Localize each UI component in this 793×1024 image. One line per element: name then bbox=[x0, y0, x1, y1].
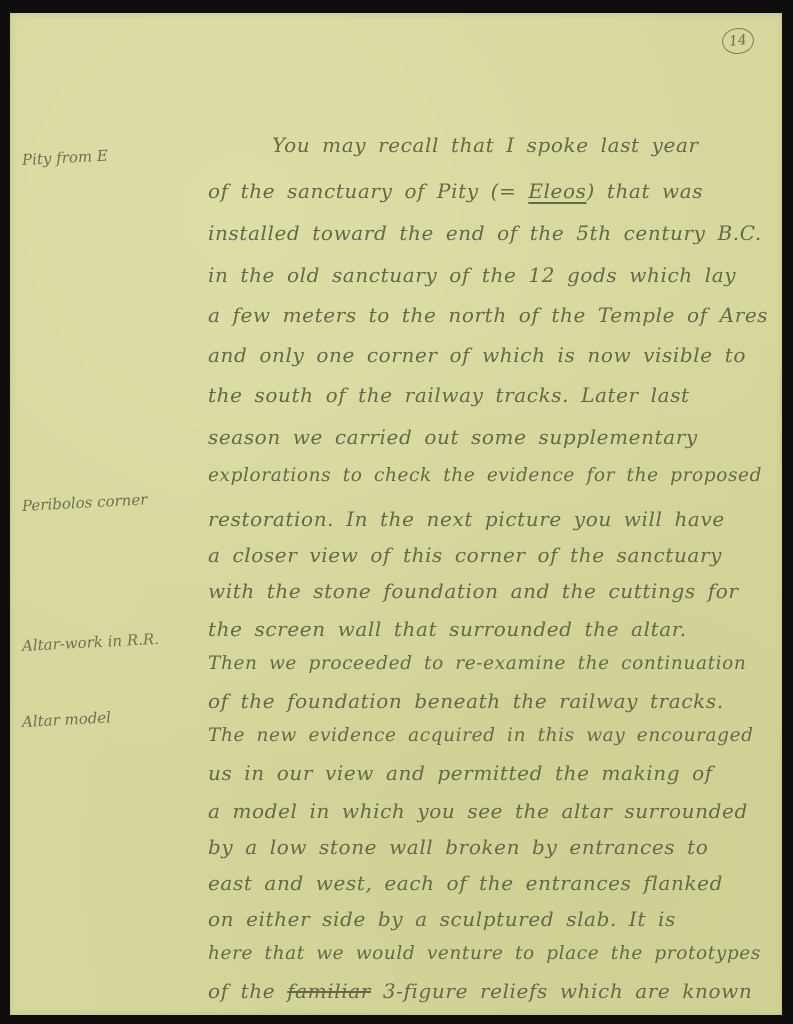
body-line-segment: of the sanctuary of Pity (= bbox=[208, 179, 528, 203]
body-line: season we carried out some supplementary bbox=[208, 425, 778, 449]
body-line: a few meters to the north of the Temple … bbox=[208, 303, 778, 327]
body-line: east and west, each of the entrances fla… bbox=[208, 871, 778, 895]
body-line: explorations to check the evidence for t… bbox=[208, 465, 778, 486]
body-line-segment: of the bbox=[208, 979, 287, 1003]
body-line: of the foundation beneath the railway tr… bbox=[208, 689, 778, 713]
body-line-segment: 3-figure reliefs which are known bbox=[371, 979, 752, 1003]
body-line: of the sanctuary of Pity (= Eleos) that … bbox=[208, 179, 778, 203]
body-line: of the familiar 3-figure reliefs which a… bbox=[208, 979, 778, 1003]
margin-note-altar-work: Altar-work in R.R. bbox=[22, 630, 160, 655]
manuscript-page: 14 Pity from E Peribolos corner Altar-wo… bbox=[10, 13, 782, 1015]
body-line: restoration. In the next picture you wil… bbox=[208, 507, 778, 531]
page-number: 14 bbox=[721, 26, 756, 55]
underlined-word-eleos: Eleos bbox=[528, 179, 586, 203]
body-line: and only one corner of which is now visi… bbox=[208, 343, 778, 367]
margin-note-altar-model: Altar model bbox=[22, 708, 112, 731]
body-line: us in our view and permitted the making … bbox=[208, 761, 778, 785]
body-line: Then we proceeded to re-examine the cont… bbox=[208, 653, 778, 674]
margin-note-pity-from-e: Pity from E bbox=[22, 147, 109, 169]
body-line: on either side by a sculptured slab. It … bbox=[208, 907, 778, 931]
body-line: by a low stone wall broken by entrances … bbox=[208, 835, 778, 859]
body-line: the screen wall that surrounded the alta… bbox=[208, 617, 778, 641]
body-line: a model in which you see the altar surro… bbox=[208, 799, 778, 823]
body-line: with the stone foundation and the cuttin… bbox=[208, 579, 778, 603]
body-line: here that we would venture to place the … bbox=[208, 943, 778, 964]
body-line: installed toward the end of the 5th cent… bbox=[208, 221, 778, 245]
struck-word-familiar: familiar bbox=[287, 979, 371, 1003]
body-line-segment: ) that was bbox=[586, 179, 703, 203]
body-line: You may recall that I spoke last year bbox=[272, 133, 777, 157]
body-line: The new evidence acquired in this way en… bbox=[208, 725, 778, 746]
margin-note-peribolos-corner: Peribolos corner bbox=[22, 490, 148, 515]
body-line: a closer view of this corner of the sanc… bbox=[208, 543, 778, 567]
body-line: in the old sanctuary of the 12 gods whic… bbox=[208, 263, 778, 287]
body-line: the south of the railway tracks. Later l… bbox=[208, 383, 778, 407]
